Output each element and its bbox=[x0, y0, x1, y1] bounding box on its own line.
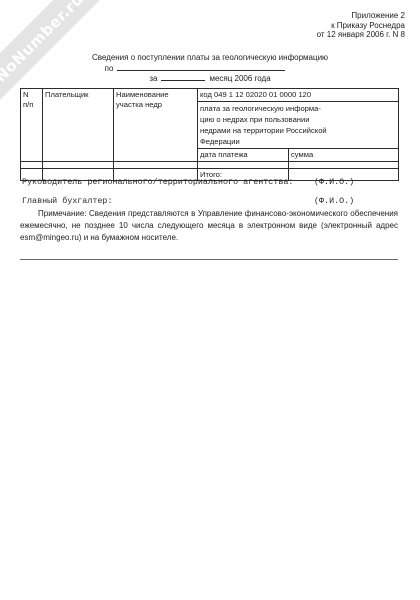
col-header-site: Наименование участка недр bbox=[114, 89, 198, 162]
document-page: NoNumber.ru Приложение 2 к Приказу Росне… bbox=[0, 0, 420, 600]
col-header-date: дата платежа bbox=[198, 148, 289, 161]
table-row bbox=[21, 161, 399, 168]
signature-head-label: Руководитель регионального/территориальн… bbox=[22, 177, 293, 187]
title-line: Сведения о поступлении платы за геологич… bbox=[0, 53, 420, 63]
bottom-divider bbox=[20, 259, 398, 260]
header-line-appendix: Приложение 2 bbox=[317, 11, 405, 21]
col-header-code-description: плата за геологическую информа- цию о не… bbox=[198, 101, 399, 148]
header-line-order: к Приказу Роснедра bbox=[317, 21, 405, 31]
cell-date bbox=[198, 161, 289, 168]
cell-payer bbox=[43, 161, 114, 168]
table-header-row-code: N п/п Плательщик Наименование участка не… bbox=[21, 89, 399, 102]
cell-site bbox=[114, 161, 198, 168]
col-header-payer: Плательщик bbox=[43, 89, 114, 162]
col-header-num: N п/п bbox=[21, 89, 43, 162]
cell-num bbox=[21, 161, 43, 168]
signature-line-accountant: Главный бухгалтер: (Ф.И.О.) bbox=[22, 196, 402, 206]
col-header-budget-code: код 049 1 12 02020 01 0000 120 bbox=[198, 89, 399, 102]
header-line-date: от 12 января 2006 г. N 8 bbox=[317, 30, 405, 40]
payments-table: N п/п Плательщик Наименование участка не… bbox=[20, 88, 399, 181]
title-za-line: замесяц 2006 года bbox=[0, 73, 420, 84]
signature-line-head: Руководитель регионального/территориальн… bbox=[22, 177, 402, 187]
cell-sum bbox=[289, 161, 399, 168]
document-title: Сведения о поступлении платы за геологич… bbox=[0, 53, 420, 84]
document-header: Приложение 2 к Приказу Роснедра от 12 ян… bbox=[317, 11, 405, 40]
signature-accountant-label: Главный бухгалтер: bbox=[22, 196, 112, 206]
col-header-sum: сумма bbox=[289, 148, 399, 161]
title-po-line: по bbox=[0, 63, 405, 74]
blank-underline-month bbox=[161, 73, 205, 81]
po-label: по bbox=[105, 64, 114, 73]
note-paragraph: Примечание: Сведения представляются в Уп… bbox=[20, 208, 398, 244]
month-label: месяц 2006 года bbox=[209, 74, 270, 83]
signature-accountant-fio: (Ф.И.О.) bbox=[314, 196, 354, 206]
blank-underline-organization bbox=[117, 63, 285, 71]
signature-head-fio: (Ф.И.О.) bbox=[314, 177, 354, 187]
za-label: за bbox=[149, 74, 157, 83]
